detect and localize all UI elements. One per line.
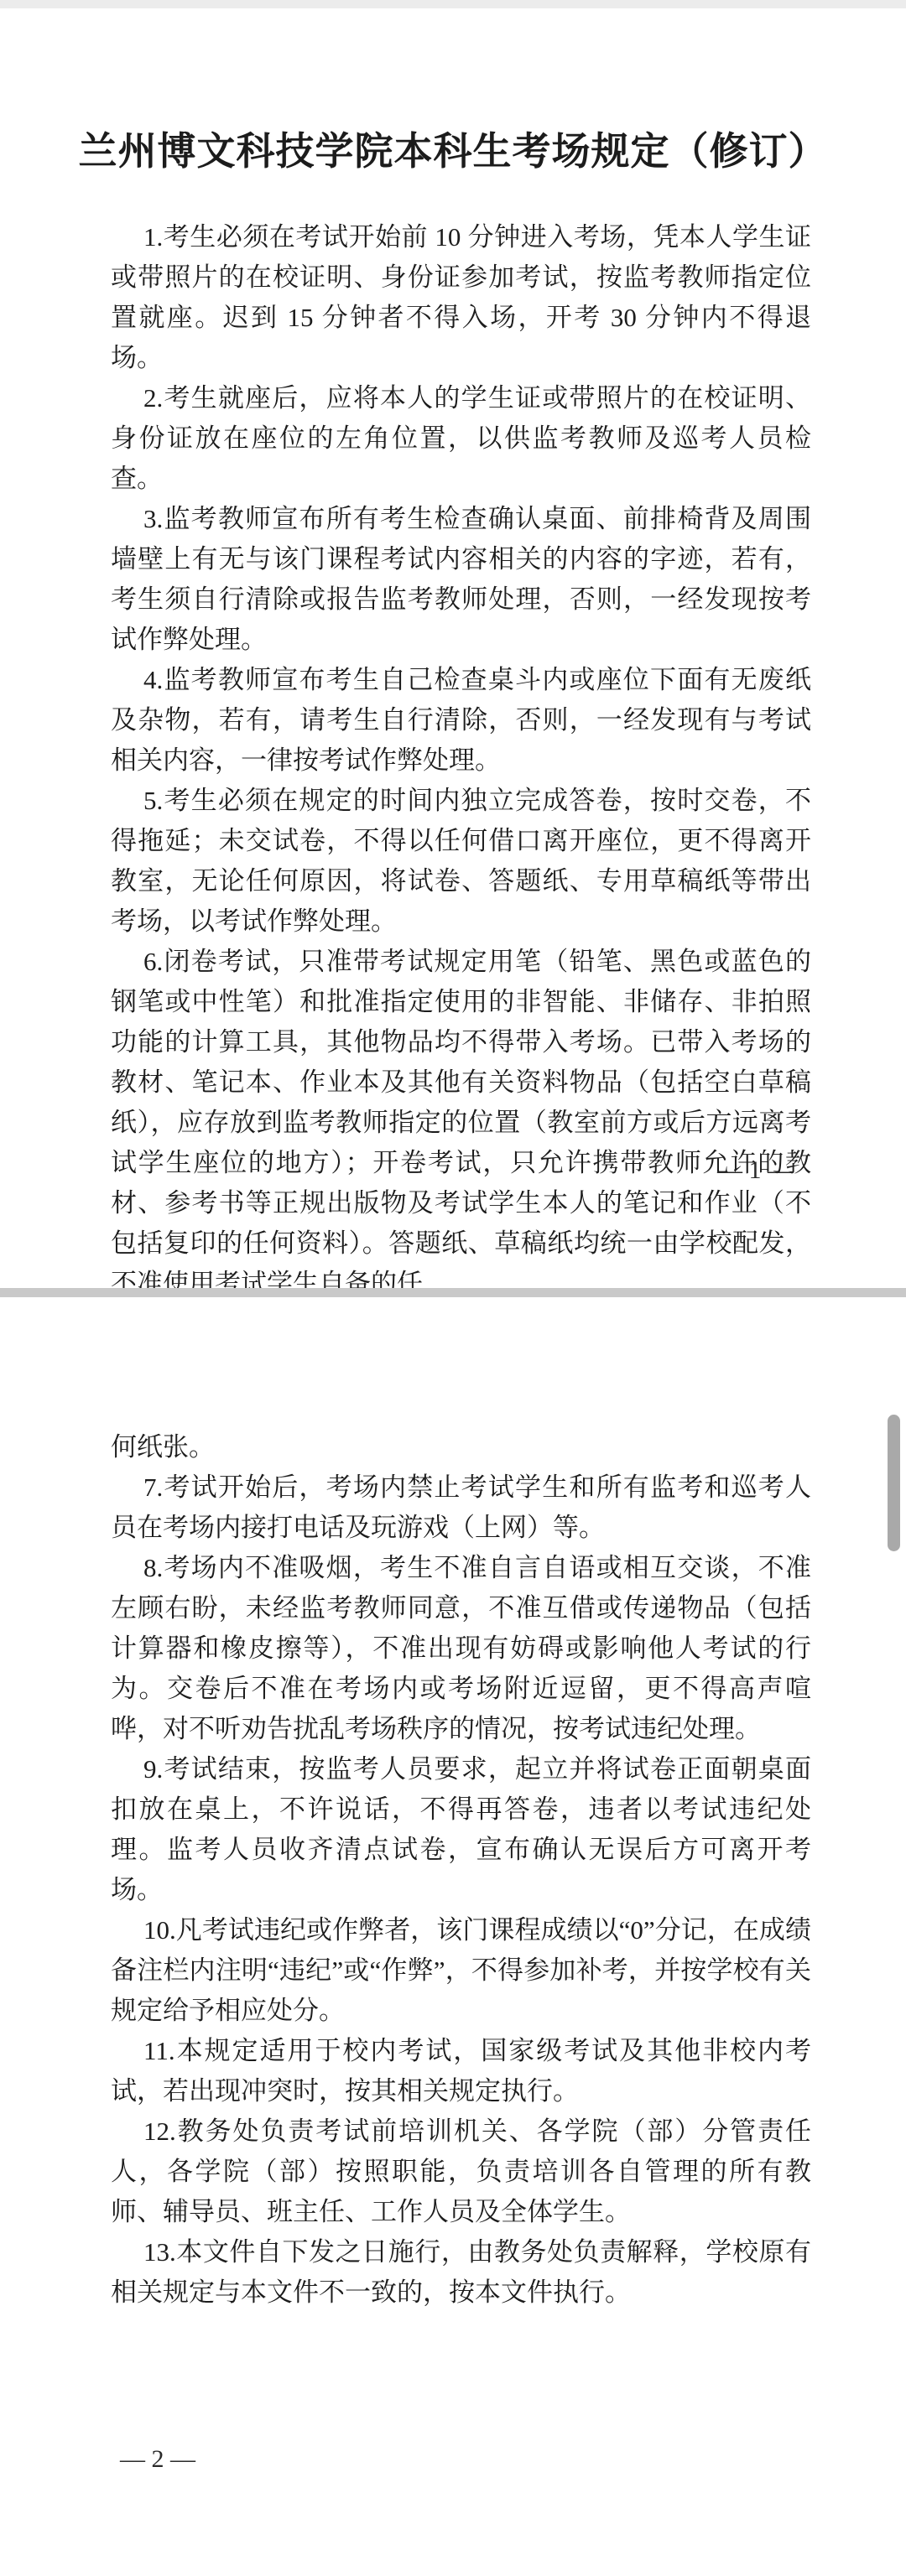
vertical-scrollbar-thumb[interactable] — [888, 1415, 900, 1551]
paragraph-13: 13.本文件自下发之日施行，由教务处负责解释，学校原有相关规定与本文件不一致的，… — [111, 2232, 811, 2313]
paragraph-5: 5.考生必须在规定的时间内独立完成答卷，按时交卷，不得拖延；未交试卷，不得以任何… — [111, 781, 811, 942]
paragraph-2: 2.考生就座后，应将本人的学生证或带照片的在校证明、身份证放在座位的左角位置，以… — [111, 378, 811, 499]
page-1-text-block: 1.考生必须在考试开始前 10 分钟进入考场，凭本人学生证或带照片的在校证明、身… — [0, 217, 906, 1288]
paragraph-6-continuation: 何纸张。 — [111, 1427, 811, 1467]
paragraph-3: 3.监考教师宣布所有考生检查确认桌面、前排椅背及周围墙壁上有无与该门课程考试内容… — [111, 499, 811, 660]
paragraph-12: 12.教务处负责考试前培训机关、各学院（部）分管责任人，各学院（部）按照职能，负… — [111, 2111, 811, 2232]
paragraph-6: 6.闭卷考试，只准带考试规定用笔（铅笔、黑色或蓝色的钢笔或中性笔）和批准指定使用… — [111, 942, 811, 1288]
document-page-2: 何纸张。 7.考试开始后，考场内禁止考试学生和所有监考和巡考人员在考场内接打电话… — [0, 1297, 906, 2576]
page-2-text-block: 何纸张。 7.考试开始后，考场内禁止考试学生和所有监考和巡考人员在考场内接打电话… — [0, 1297, 906, 2313]
paragraph-7: 7.考试开始后，考场内禁止考试学生和所有监考和巡考人员在考场内接打电话及玩游戏（… — [111, 1467, 811, 1548]
paragraph-8: 8.考场内不准吸烟，考生不准自言自语或相互交谈，不准左顾右盼，未经监考教师同意，… — [111, 1548, 811, 1749]
paragraph-10: 10.凡考试违纪或作弊者，该门课程成绩以“0”分记，在成绩备注栏内注明“违纪”或… — [111, 1910, 811, 2031]
viewport-top-strip — [0, 0, 906, 8]
paragraph-9: 9.考试结束，按监考人员要求，起立并将试卷正面朝桌面扣放在桌上，不许说话，不得再… — [111, 1749, 811, 1910]
paragraph-1: 1.考生必须在考试开始前 10 分钟进入考场，凭本人学生证或带照片的在校证明、身… — [111, 217, 811, 378]
document-title: 兰州博文科技学院本科生考场规定（修订） — [0, 8, 906, 174]
paragraph-4: 4.监考教师宣布考生自己检查桌斗内或座位下面有无废纸及杂物，若有，请考生自行清除… — [111, 660, 811, 781]
page-2-number: — 2 — — [120, 2445, 195, 2474]
page-1-number: — 1 — — [717, 1156, 793, 1185]
paragraph-11: 11.本规定适用于校内考试，国家级考试及其他非校内考试，若出现冲突时，按其相关规… — [111, 2031, 811, 2111]
page-gap-divider — [0, 1288, 906, 1297]
document-page-1: 兰州博文科技学院本科生考场规定（修订） 1.考生必须在考试开始前 10 分钟进入… — [0, 8, 906, 1288]
